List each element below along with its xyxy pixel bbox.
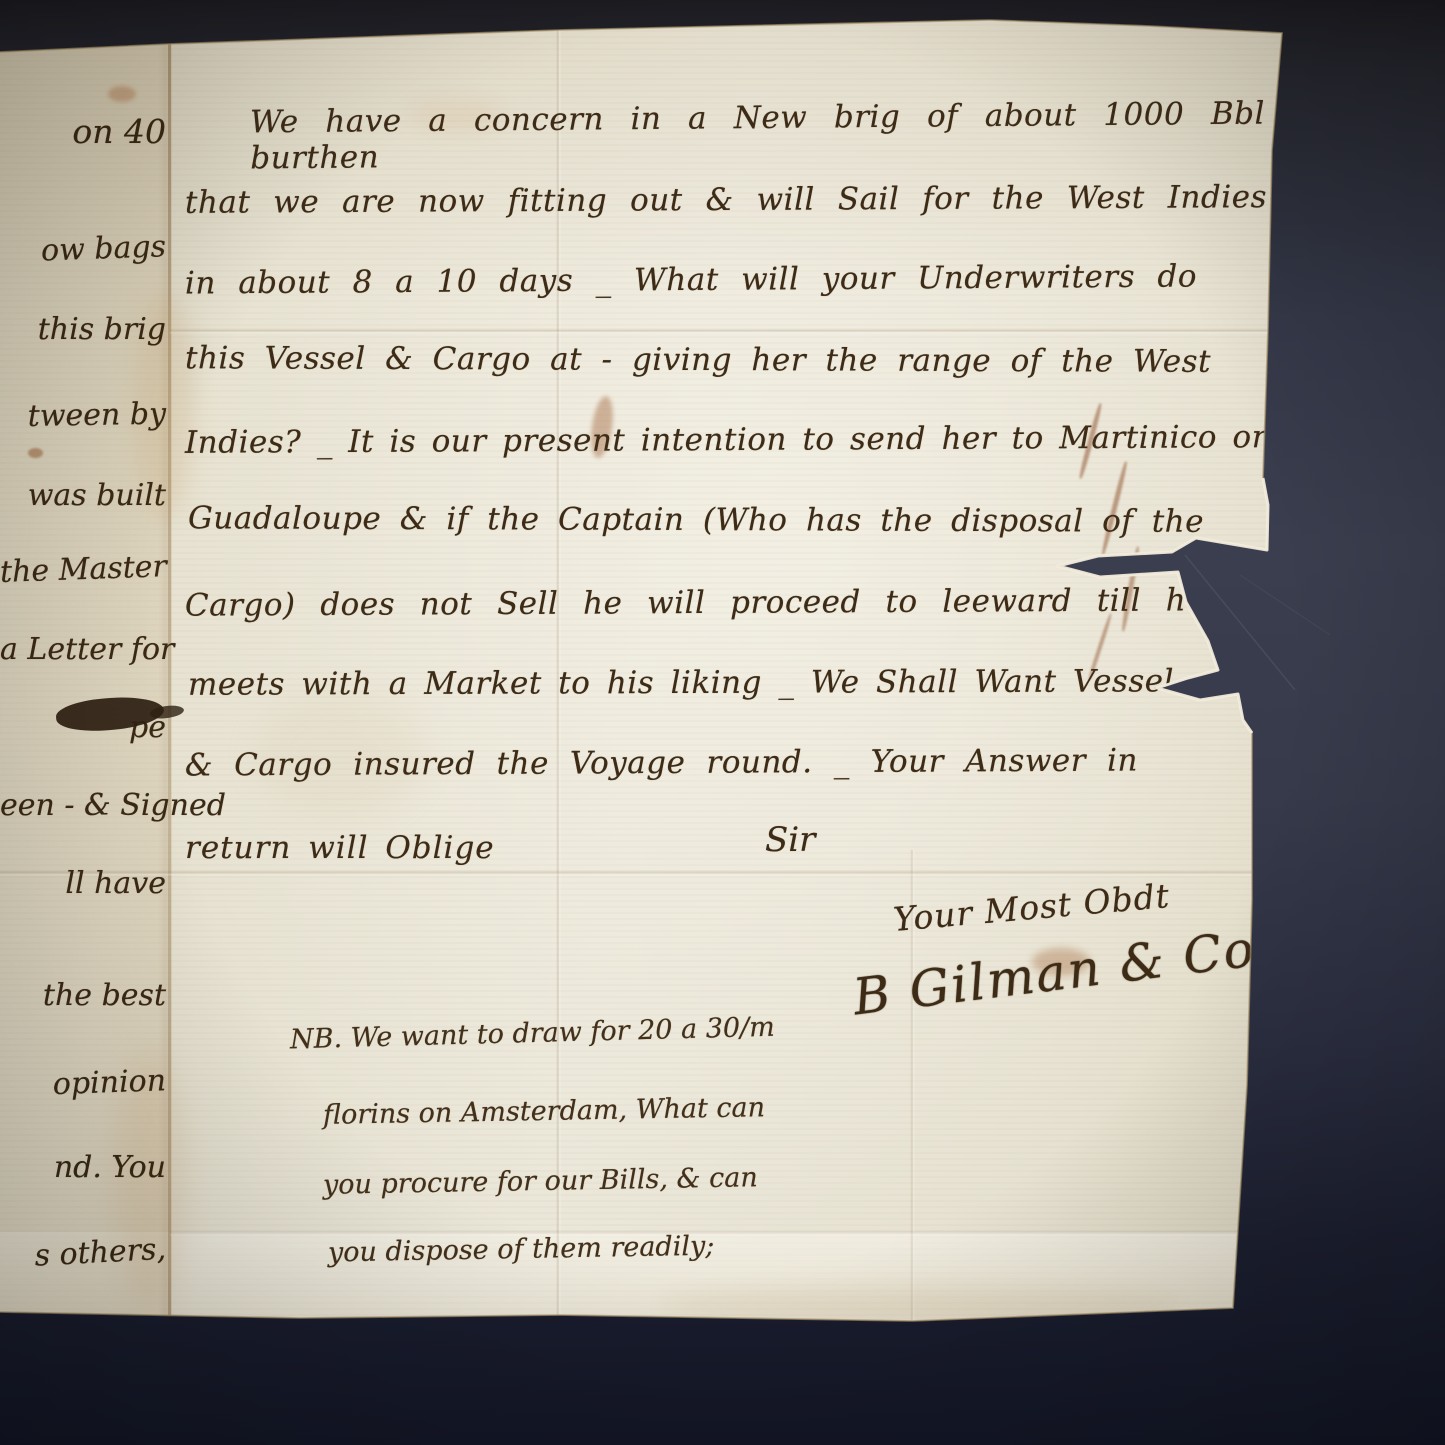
photo-scene: We have a concern in a New brig of about… bbox=[0, 0, 1445, 1445]
vignette bbox=[0, 0, 1445, 1445]
